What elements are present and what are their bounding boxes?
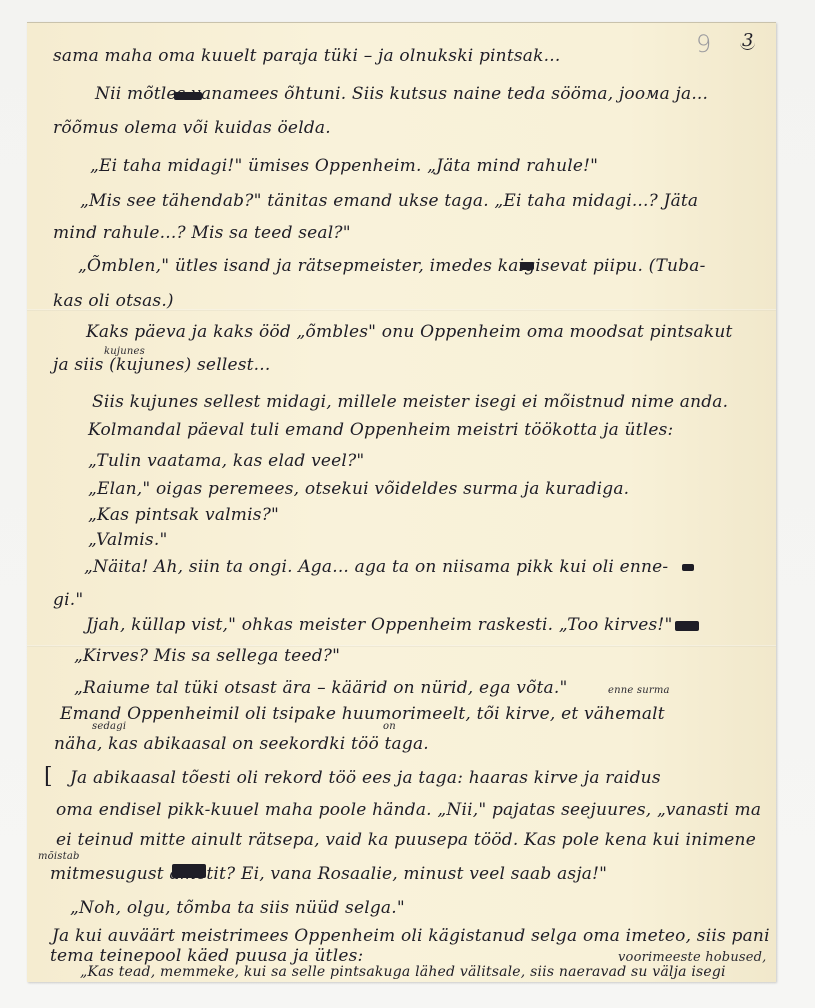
manuscript-line: Ja kui auväärt meistrimees Oppenheim oli… [52,926,770,946]
manuscript-line: rõõmus olema või kuidas öelda. [53,118,331,138]
ink-blot [520,262,534,270]
scribbled-out-word [174,92,202,100]
manuscript-line: gi." [53,590,83,610]
manuscript-line: kas oli otsas.) [53,291,174,311]
manuscript-line: Jjah, küllap vist," ohkas meister Oppenh… [86,615,673,635]
manuscript-line: „Elan," oigas peremees, otsekui võidelde… [88,479,629,499]
manuscript-line: „Kirves? Mis sa sellega teed?" [74,646,340,666]
scribbled-out-word [172,864,206,878]
ink-page-number: 3 [740,33,755,50]
manuscript-line: „Kas tead, memmeke, kui sa selle pintsak… [80,964,726,980]
manuscript-line: Kolmandal päeval tuli emand Oppenheim me… [88,420,673,440]
pencil-page-number: 9 [696,30,711,58]
manuscript-line: „Ei taha midagi!" ümises Oppenheim. „Jät… [90,156,598,176]
manuscript-line: näha, kas abikaasal on seekordki töö tag… [54,734,429,754]
manuscript-line: „Õmblen," ütles isand ja rätsepmeister, … [78,256,706,276]
manuscript-line: sama maha oma kuuelt paraja tüki – ja ol… [53,46,560,66]
manuscript-line: Siis kujunes sellest midagi, millele mei… [92,392,728,412]
manuscript-line: „Noh, olgu, tõmba ta siis nüüd selga." [70,898,405,918]
manuscript-line: Emand Oppenheimil oli tsipake huumorimee… [60,704,665,724]
manuscript-line: „Valmis." [88,530,167,550]
manuscript-line: „Näita! Ah, siin ta ongi. Aga... aga ta … [84,557,668,577]
interlinear-insertion: sedagi [92,721,126,732]
manuscript-line: Kaks päeva ja kaks ööd „õmbles" onu Oppe… [86,322,733,342]
margin-bracket: [ [44,764,53,789]
manuscript-line: „Kas pintsak valmis?" [88,505,279,525]
manuscript-line: ja siis (kujunes) sellest... [53,355,271,375]
interlinear-insertion: kujunes [104,346,145,357]
manuscript-line: „Mis see tähendab?" tänitas emand ukse t… [80,191,698,211]
manuscript-line: mitmesugust ametit? Ei, vana Rosaalie, m… [50,864,607,884]
manuscript-line: „Tulin vaatama, kas elad veel?" [88,451,364,471]
manuscript-line: ei teinud mitte ainult rätsepa, vaid ka … [56,830,756,850]
manuscript-line: oma endisel pikk-kuuel maha poole hända.… [56,800,761,820]
margin-insertion: mõistab [38,851,80,862]
scribbled-out-word [682,564,694,571]
interlinear-insertion: on [383,721,396,732]
manuscript-line: tema teinepool käed puusa ja ütles: [50,946,363,966]
scribbled-out-word [675,621,699,631]
manuscript-line: mind rahule...? Mis sa teed seal?" [53,223,351,243]
margin-insertion: voorimeeste hobused, [618,950,767,965]
manuscript-line: „Raiume tal tüki otsast ära – käärid on … [74,678,568,698]
manuscript-line: Ja abikaasal tõesti oli rekord töö ees j… [70,768,661,788]
interlinear-insertion: enne surma [608,685,670,696]
